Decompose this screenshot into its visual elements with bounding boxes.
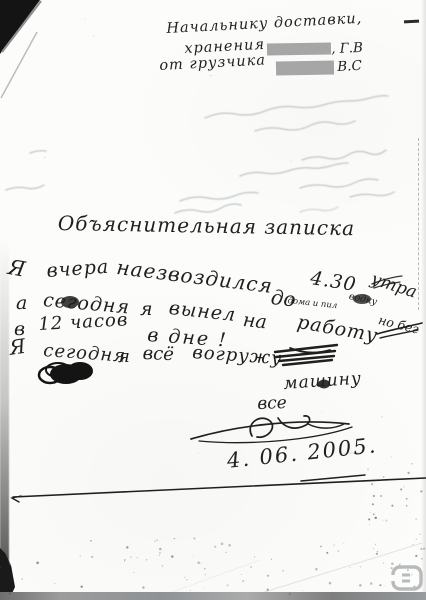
scan-page: Начальнику доставки, хранения , Г.В от г…: [0, 0, 426, 600]
ink-blob: [39, 362, 93, 384]
word-vchera: вчера: [46, 258, 110, 281]
header-initials-1: , Г.В: [331, 42, 363, 57]
closing-vse: все: [257, 395, 287, 413]
word-ya: Я: [6, 257, 26, 281]
crease-lines: [150, 543, 422, 600]
word-a: а: [16, 294, 27, 313]
paper-edge-lines: [1, 1, 41, 98]
note-title: Объяснительная записка: [58, 213, 356, 238]
closing-vsyo: всё: [142, 345, 174, 364]
closing-ya2: я: [118, 348, 130, 366]
word-hours: 12 часов: [38, 311, 129, 334]
crossed-out-word-scribble: [275, 345, 337, 365]
closing-ya: Я: [8, 336, 27, 358]
redaction-bar-2: [276, 60, 334, 75]
pen-line: [12, 478, 426, 502]
header-initials-2: В.С: [337, 60, 362, 75]
word-na: на: [242, 311, 268, 332]
watermark-d-icon: [390, 567, 421, 589]
redaction-bar-1: [267, 42, 331, 55]
word-ya2: я: [140, 300, 153, 319]
